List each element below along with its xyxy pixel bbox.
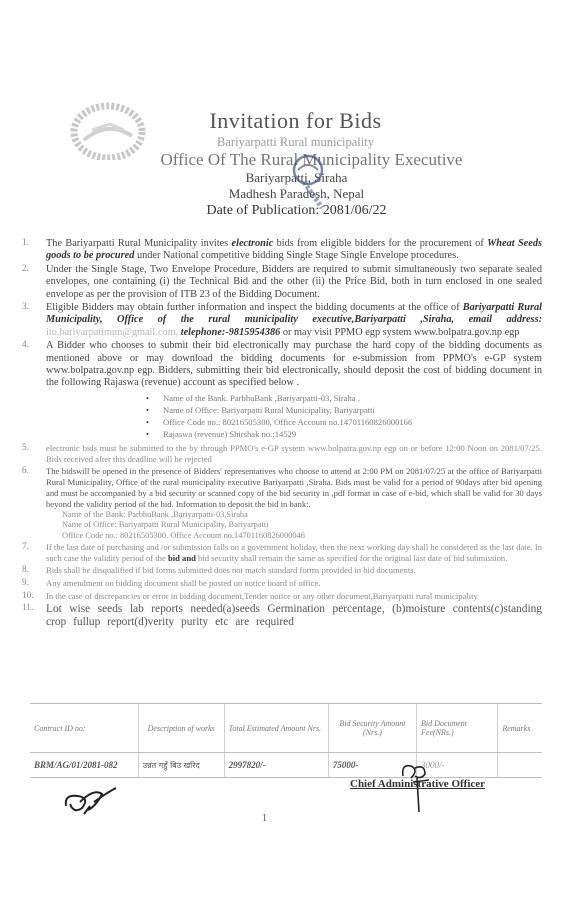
list-item: 4. A Bidder who chooses to submit their … bbox=[22, 340, 542, 442]
header-contract-id: Contract ID no: bbox=[30, 704, 138, 753]
header-document-fee: Bid Document Fee(NRs.) bbox=[417, 704, 498, 753]
page-number: 1 bbox=[262, 813, 267, 824]
signatory-title: Chief Administrative Officer bbox=[350, 778, 485, 790]
list-item: 1. The Bariyarpatti Rural Municipality i… bbox=[22, 238, 542, 263]
list-item: 7. If the last date of purchasing and /o… bbox=[22, 542, 542, 564]
cell-contract-id: BRM/AG/01/2081-082 bbox=[30, 753, 138, 778]
cell-description: उन्नत गहुँ बिउ खरिद bbox=[138, 753, 224, 778]
page-title: Invitation for Bids bbox=[0, 108, 563, 134]
email-link[interactable]: ito.bariyarpatimun@gmail.com, bbox=[46, 327, 181, 338]
list-item: 3. Eligible Bidders may obtain further i… bbox=[22, 302, 542, 339]
bid-conditions-list: 1. The Bariyarpatti Rural Municipality i… bbox=[22, 238, 542, 630]
table-row: BRM/AG/01/2081-082 उन्नत गहुँ बिउ खरिद 2… bbox=[30, 753, 542, 778]
header-description: Description of works bbox=[138, 704, 224, 753]
list-item: 2. Under the Single Stage, Two Envelope … bbox=[22, 264, 542, 301]
list-item: 8. Bids shall be disqualified if bid for… bbox=[22, 565, 542, 577]
cell-estimated-amount: 2997820/- bbox=[224, 753, 328, 778]
cell-remarks bbox=[498, 753, 542, 778]
list-item: 6. The bidswill be opened in the presenc… bbox=[22, 466, 542, 542]
table-header-row: Contract ID no: Description of works Tot… bbox=[30, 704, 542, 753]
header-bid-security: Bid Security Amount (Nrs.) bbox=[328, 704, 416, 753]
list-item: 5. electronic bids must be submitted to … bbox=[22, 443, 542, 465]
list-item: 10. In the case of discrepancies or erro… bbox=[22, 591, 542, 603]
list-item: 9. Any amendment on bidding document sha… bbox=[22, 578, 542, 590]
contract-table: Contract ID no: Description of works Tot… bbox=[30, 703, 542, 778]
header-estimated-amount: Total Estimated Amount Nrs. bbox=[224, 704, 328, 753]
list-item: 11. Lot wise seeds lab reports needed(a)… bbox=[22, 603, 542, 629]
header-remarks: Remarks bbox=[498, 704, 542, 753]
bank-details-list: Name of the Bank. ParbhuBank ,Bariyarpat… bbox=[146, 392, 542, 440]
office-stamp-icon bbox=[282, 152, 336, 214]
document-page: Invitation for Bids Bariyarpatti Rural m… bbox=[0, 0, 563, 910]
municipality-name: Bariyarpatti Rural municipality bbox=[0, 134, 563, 150]
signature-left-icon bbox=[60, 784, 120, 818]
